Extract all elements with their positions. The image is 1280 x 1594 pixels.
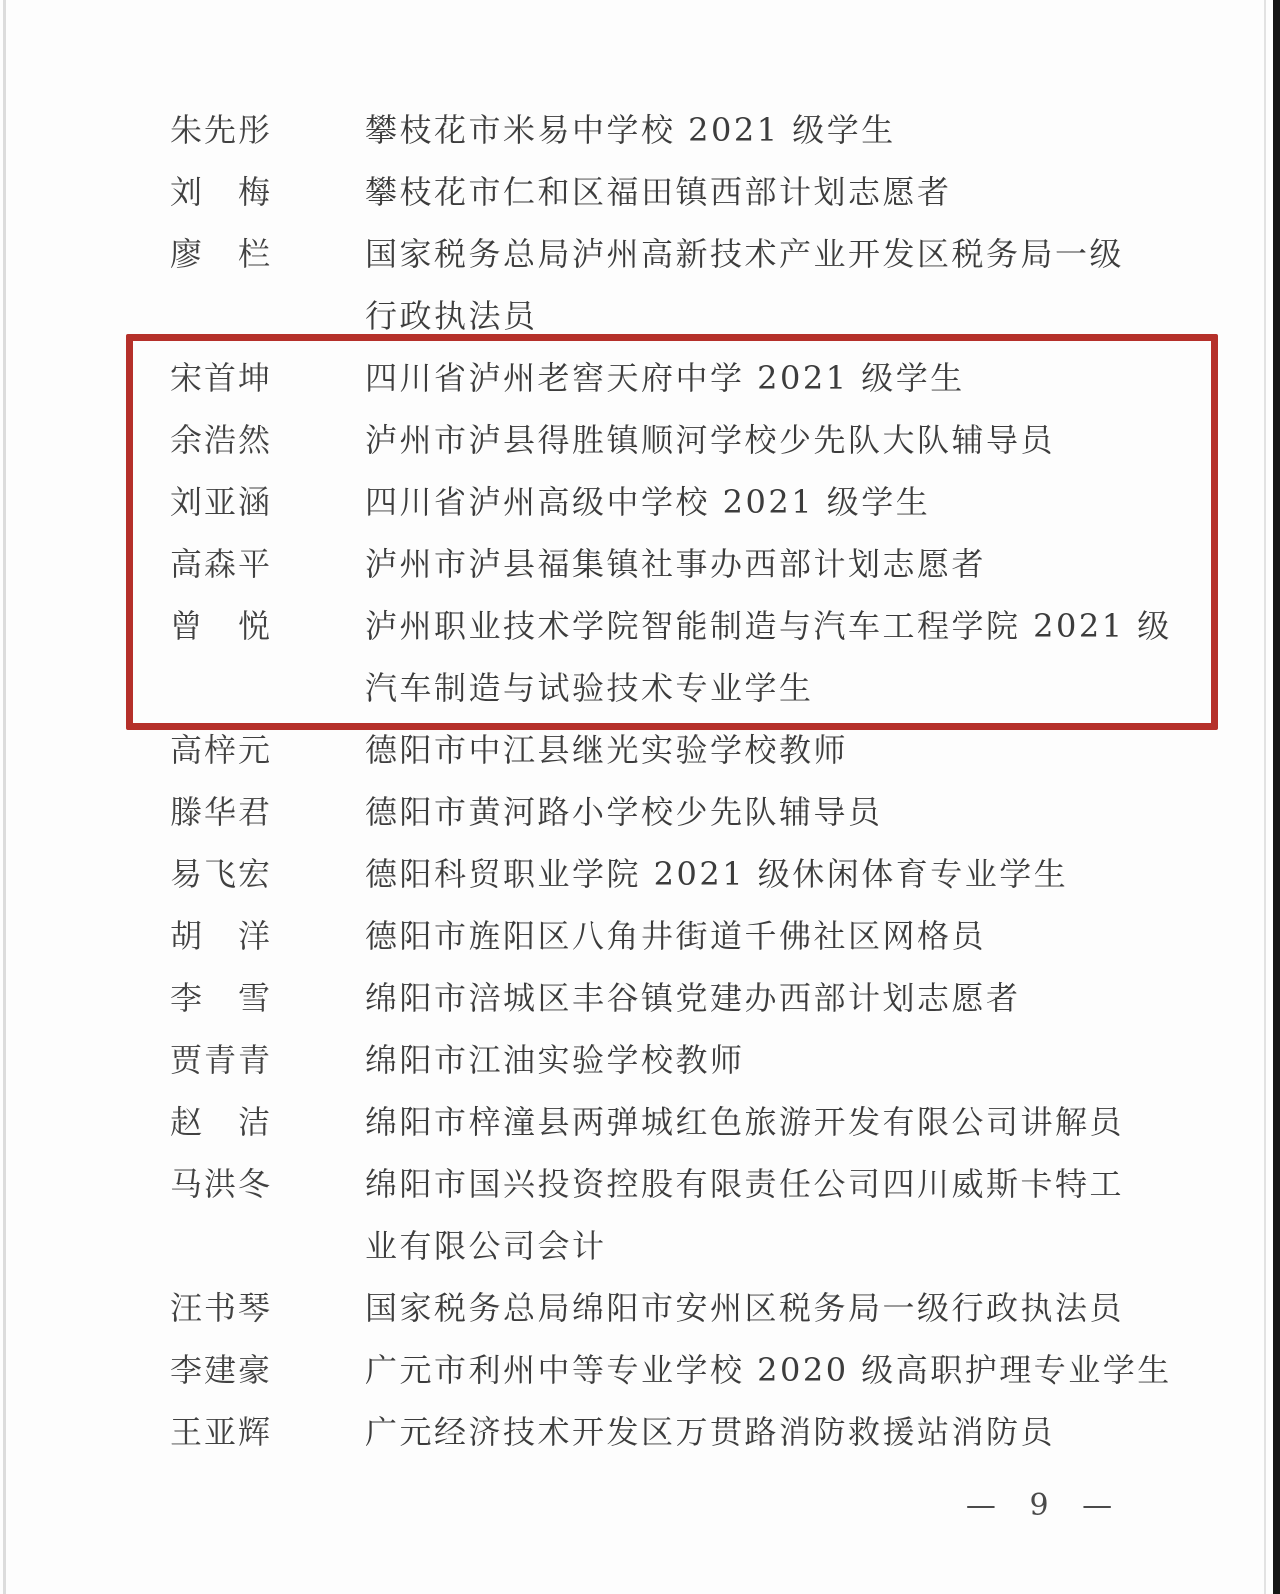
- description-line: 德阳市中江县继光实验学校教师: [365, 719, 848, 781]
- person-description: 广元市利州中等专业学校 2020 级高职护理专业学生: [365, 1339, 1172, 1401]
- person-name: 赵 洁: [170, 1091, 365, 1153]
- person-description: 德阳市黄河路小学校少先队辅导员: [365, 781, 883, 843]
- list-item: 李建豪 广元市利州中等专业学校 2020 级高职护理专业学生: [170, 1339, 1172, 1401]
- description-line: 行政执法员: [365, 285, 1124, 347]
- person-description: 绵阳市梓潼县两弹城红色旅游开发有限公司讲解员: [365, 1091, 1124, 1153]
- recipient-list: 朱先彤 攀枝花市米易中学校 2021 级学生 刘 梅 攀枝花市仁和区福田镇西部计…: [170, 99, 1172, 1463]
- description-line: 绵阳市江油实验学校教师: [365, 1029, 745, 1091]
- list-item: 贾青青 绵阳市江油实验学校教师: [170, 1029, 1172, 1091]
- list-item: 赵 洁 绵阳市梓潼县两弹城红色旅游开发有限公司讲解员: [170, 1091, 1172, 1153]
- person-description: 国家税务总局泸州高新技术产业开发区税务局一级行政执法员: [365, 223, 1124, 347]
- person-name: 易飞宏: [170, 843, 365, 905]
- list-item: 宋首坤 四川省泸州老窖天府中学 2021 级学生: [170, 347, 1172, 409]
- person-name: 马洪冬: [170, 1153, 365, 1215]
- person-description: 国家税务总局绵阳市安州区税务局一级行政执法员: [365, 1277, 1124, 1339]
- list-item: 滕华君 德阳市黄河路小学校少先队辅导员: [170, 781, 1172, 843]
- list-item: 曾 悦 泸州职业技术学院智能制造与汽车工程学院 2021 级汽车制造与试验技术专…: [170, 595, 1172, 719]
- description-line: 四川省泸州老窖天府中学 2021 级学生: [365, 347, 965, 409]
- person-description: 泸州市泸县得胜镇顺河学校少先队大队辅导员: [365, 409, 1055, 471]
- list-item: 朱先彤 攀枝花市米易中学校 2021 级学生: [170, 99, 1172, 161]
- description-line: 广元经济技术开发区万贯路消防救援站消防员: [365, 1401, 1055, 1463]
- list-item: 胡 洋 德阳市旌阳区八角井街道千佛社区网格员: [170, 905, 1172, 967]
- person-description: 广元经济技术开发区万贯路消防救援站消防员: [365, 1401, 1055, 1463]
- description-line: 德阳市旌阳区八角井街道千佛社区网格员: [365, 905, 986, 967]
- person-description: 德阳市旌阳区八角井街道千佛社区网格员: [365, 905, 986, 967]
- list-item: 高梓元 德阳市中江县继光实验学校教师: [170, 719, 1172, 781]
- person-name: 刘亚涵: [170, 471, 365, 533]
- scanned-document-page: 朱先彤 攀枝花市米易中学校 2021 级学生 刘 梅 攀枝花市仁和区福田镇西部计…: [0, 0, 1280, 1594]
- person-name: 宋首坤: [170, 347, 365, 409]
- person-name: 李 雪: [170, 967, 365, 1029]
- list-item: 易飞宏 德阳科贸职业学院 2021 级休闲体育专业学生: [170, 843, 1172, 905]
- person-name: 贾青青: [170, 1029, 365, 1091]
- list-item: 马洪冬 绵阳市国兴投资控股有限责任公司四川威斯卡特工业有限公司会计: [170, 1153, 1172, 1277]
- person-description: 绵阳市江油实验学校教师: [365, 1029, 745, 1091]
- description-line: 业有限公司会计: [365, 1215, 1124, 1277]
- person-description: 泸州职业技术学院智能制造与汽车工程学院 2021 级汽车制造与试验技术专业学生: [365, 595, 1172, 719]
- person-name: 王亚辉: [170, 1401, 365, 1463]
- person-name: 滕华君: [170, 781, 365, 843]
- scan-edge-right-line: [1264, 0, 1266, 1594]
- list-item: 李 雪 绵阳市涪城区丰谷镇党建办西部计划志愿者: [170, 967, 1172, 1029]
- description-line: 绵阳市国兴投资控股有限责任公司四川威斯卡特工: [365, 1153, 1124, 1215]
- person-name: 高森平: [170, 533, 365, 595]
- list-item: 王亚辉 广元经济技术开发区万贯路消防救援站消防员: [170, 1401, 1172, 1463]
- description-line: 德阳科贸职业学院 2021 级休闲体育专业学生: [365, 843, 1068, 905]
- person-description: 四川省泸州老窖天府中学 2021 级学生: [365, 347, 965, 409]
- description-line: 广元市利州中等专业学校 2020 级高职护理专业学生: [365, 1339, 1172, 1401]
- list-item: 刘 梅 攀枝花市仁和区福田镇西部计划志愿者: [170, 161, 1172, 223]
- description-line: 四川省泸州高级中学校 2021 级学生: [365, 471, 930, 533]
- description-line: 绵阳市梓潼县两弹城红色旅游开发有限公司讲解员: [365, 1091, 1124, 1153]
- person-description: 绵阳市涪城区丰谷镇党建办西部计划志愿者: [365, 967, 1021, 1029]
- person-name: 李建豪: [170, 1339, 365, 1401]
- description-line: 攀枝花市米易中学校 2021 级学生: [365, 99, 896, 161]
- person-description: 德阳科贸职业学院 2021 级休闲体育专业学生: [365, 843, 1068, 905]
- description-line: 泸州市泸县得胜镇顺河学校少先队大队辅导员: [365, 409, 1055, 471]
- scan-edge-right-strip: [1273, 0, 1280, 1594]
- person-name: 余浩然: [170, 409, 365, 471]
- list-item: 廖 栏 国家税务总局泸州高新技术产业开发区税务局一级行政执法员: [170, 223, 1172, 347]
- person-name: 高梓元: [170, 719, 365, 781]
- person-description: 攀枝花市仁和区福田镇西部计划志愿者: [365, 161, 952, 223]
- description-line: 泸州市泸县福集镇社事办西部计划志愿者: [365, 533, 986, 595]
- person-name: 刘 梅: [170, 161, 365, 223]
- description-line: 攀枝花市仁和区福田镇西部计划志愿者: [365, 161, 952, 223]
- person-description: 绵阳市国兴投资控股有限责任公司四川威斯卡特工业有限公司会计: [365, 1153, 1124, 1277]
- person-name: 胡 洋: [170, 905, 365, 967]
- description-line: 绵阳市涪城区丰谷镇党建办西部计划志愿者: [365, 967, 1021, 1029]
- page-number: — 9 —: [935, 1488, 1155, 1523]
- scan-edge-left: [3, 0, 6, 1594]
- person-description: 四川省泸州高级中学校 2021 级学生: [365, 471, 930, 533]
- list-item: 汪书琴 国家税务总局绵阳市安州区税务局一级行政执法员: [170, 1277, 1172, 1339]
- list-item: 余浩然 泸州市泸县得胜镇顺河学校少先队大队辅导员: [170, 409, 1172, 471]
- description-line: 德阳市黄河路小学校少先队辅导员: [365, 781, 883, 843]
- person-description: 攀枝花市米易中学校 2021 级学生: [365, 99, 896, 161]
- list-item: 高森平 泸州市泸县福集镇社事办西部计划志愿者: [170, 533, 1172, 595]
- person-name: 曾 悦: [170, 595, 365, 657]
- person-name: 汪书琴: [170, 1277, 365, 1339]
- person-name: 廖 栏: [170, 223, 365, 285]
- person-description: 泸州市泸县福集镇社事办西部计划志愿者: [365, 533, 986, 595]
- description-line: 汽车制造与试验技术专业学生: [365, 657, 1172, 719]
- description-line: 国家税务总局泸州高新技术产业开发区税务局一级: [365, 223, 1124, 285]
- description-line: 泸州职业技术学院智能制造与汽车工程学院 2021 级: [365, 595, 1172, 657]
- list-item: 刘亚涵 四川省泸州高级中学校 2021 级学生: [170, 471, 1172, 533]
- person-name: 朱先彤: [170, 99, 365, 161]
- description-line: 国家税务总局绵阳市安州区税务局一级行政执法员: [365, 1277, 1124, 1339]
- person-description: 德阳市中江县继光实验学校教师: [365, 719, 848, 781]
